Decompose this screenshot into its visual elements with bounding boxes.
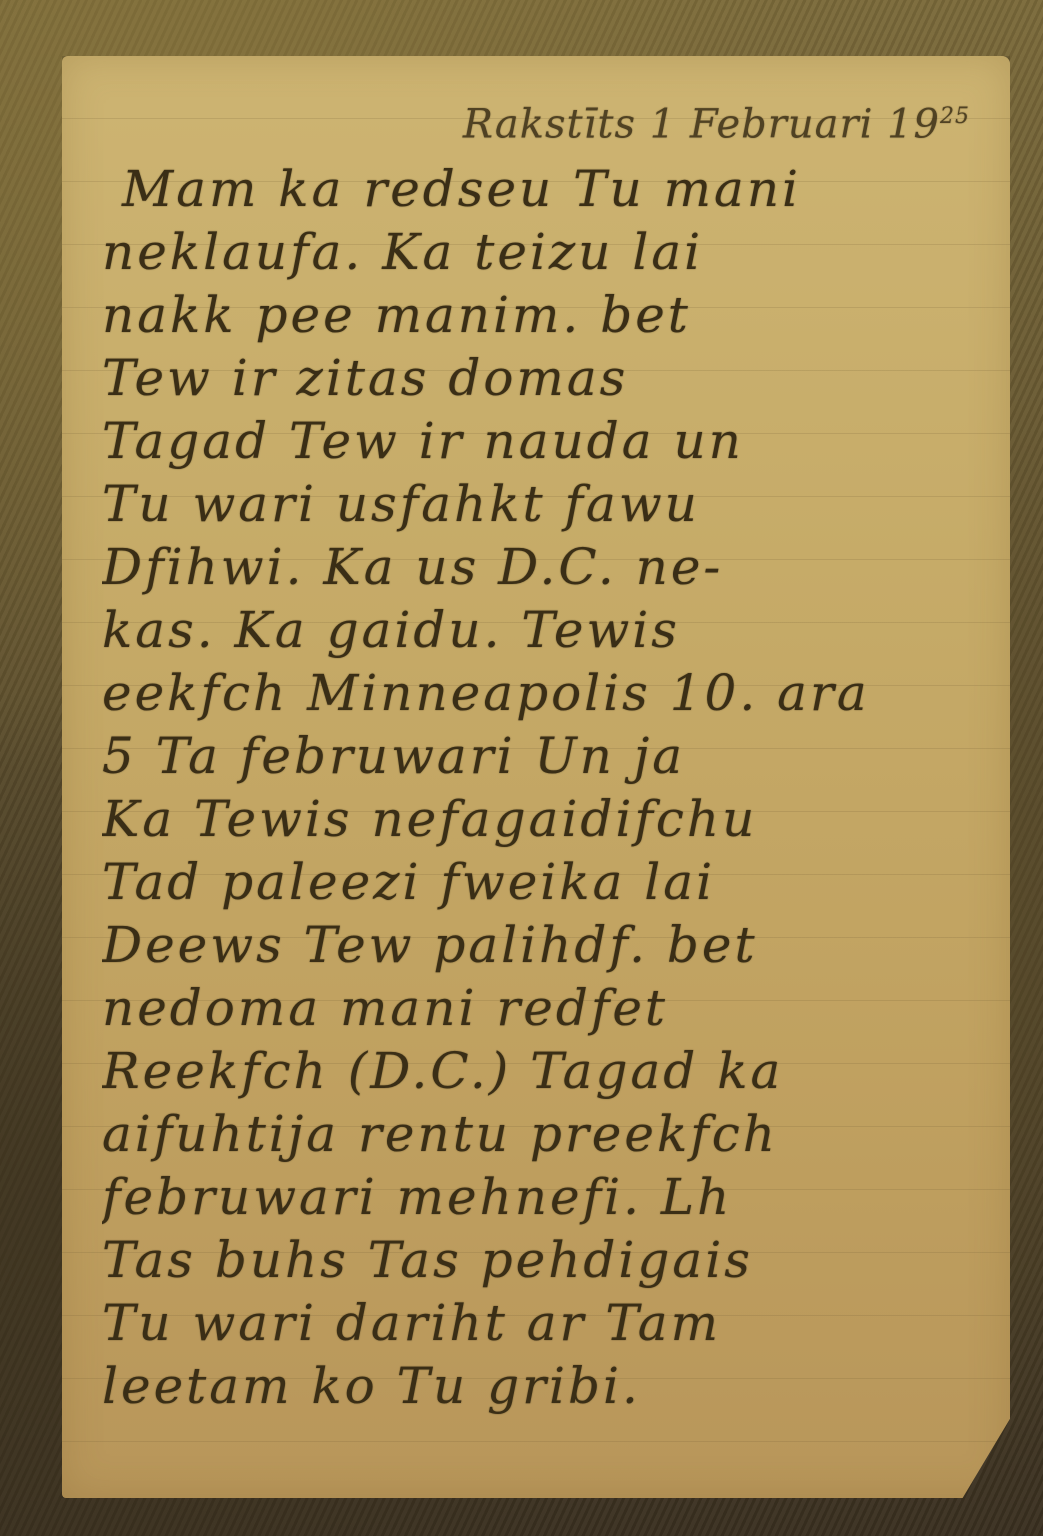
letter-line-18: Tas buhs Tas pehdigais [102, 1229, 980, 1292]
letter-line-10: 5 Ta februwari Un ja [102, 725, 980, 788]
letter-line-15: Reekfch (D.C.) Tagad ka [102, 1040, 980, 1103]
handwritten-letter: Rakstīts 1 Februari 1925 Mam ka redseu T… [102, 86, 980, 1418]
letter-line-12: Tad paleezi fweika lai [102, 851, 980, 914]
letter-line-19: Tu wari dariht ar Tam [102, 1292, 980, 1355]
dateline-day: 1 [650, 101, 676, 147]
letter-line-20: leetam ko Tu gribi. [102, 1355, 980, 1418]
letter-paper: Rakstīts 1 Februari 1925 Mam ka redseu T… [62, 56, 1010, 1498]
letter-line-6: Tu wari usfahkt fawu [102, 473, 980, 536]
dateline-year-suffix: 25 [940, 104, 970, 129]
letter-line-3: nakk pee manim. bet [102, 284, 980, 347]
dateline: Rakstīts 1 Februari 1925 [102, 86, 980, 148]
letter-line-16: aifuhtija rentu preekfch [102, 1103, 980, 1166]
letter-line-17: februwari mehnefi. Lh [102, 1166, 980, 1229]
letter-line-8: kas. Ka gaidu. Tewis [102, 599, 980, 662]
letter-line-4: Tew ir zitas domas [102, 347, 980, 410]
letter-line-14: nedoma mani redfet [102, 977, 980, 1040]
dateline-place: Rakstīts [463, 101, 636, 147]
letter-line-1: Mam ka redseu Tu mani [102, 158, 980, 221]
letter-line-9: eekfch Minneapolis 10. ara [102, 662, 980, 725]
letter-line-5: Tagad Tew ir nauda un [102, 410, 980, 473]
letter-line-11: Ka Tewis nefagaidifchu [102, 788, 980, 851]
dateline-year-prefix: 19 [887, 101, 940, 147]
letter-line-7: Dfihwi. Ka us D.C. ne- [102, 536, 980, 599]
letter-line-2: neklaufa. Ka teizu lai [102, 221, 980, 284]
letter-line-13: Deews Tew palihdf. bet [102, 914, 980, 977]
dateline-month: Februari [690, 101, 874, 147]
